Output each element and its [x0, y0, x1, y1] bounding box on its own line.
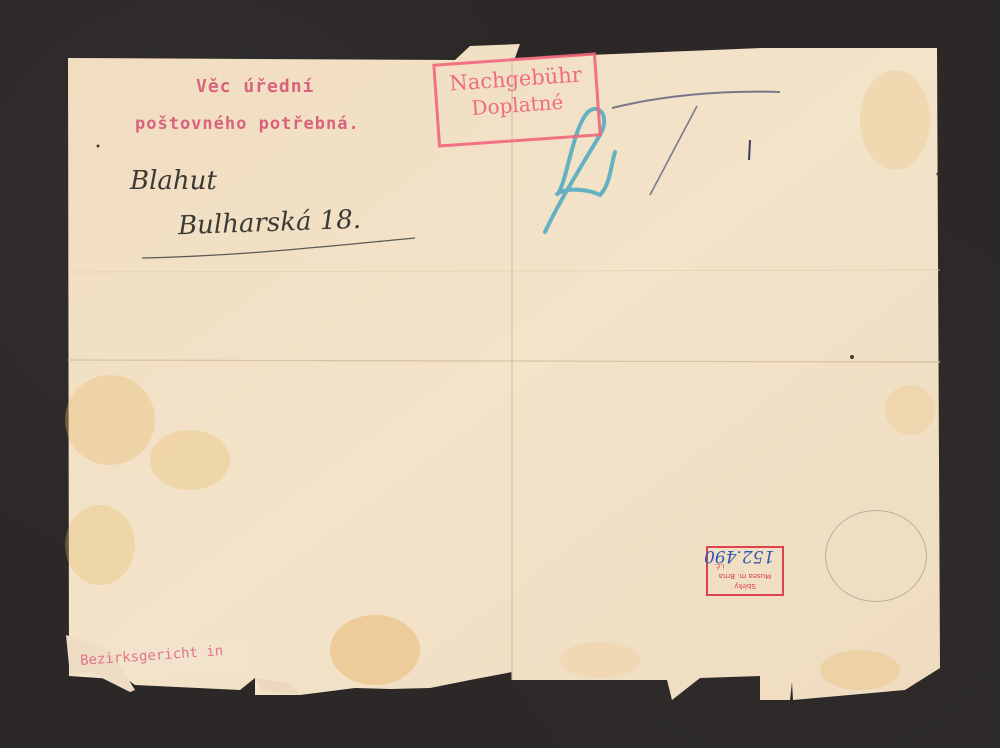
faint-postmark — [825, 510, 927, 602]
archive-stamp-line1: Sbírky — [714, 581, 776, 591]
handwritten-name: Blahut — [130, 166, 217, 196]
archive-stamp-line2: Musea m. Brna — [714, 571, 776, 581]
handwritten-address: Bulharská 18. — [178, 205, 362, 241]
official-stamp-line1: Věc úřední — [196, 76, 314, 97]
postage-due-stamp: Nachgebühr Doplatné — [432, 52, 601, 147]
official-stamp-line2: poštovného potřebná. — [135, 114, 360, 134]
archive-inventory-number: 152.490 — [704, 546, 774, 566]
